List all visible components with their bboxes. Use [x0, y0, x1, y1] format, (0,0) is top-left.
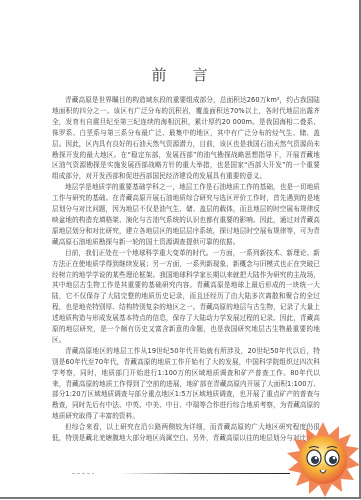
- scan-artifact-dots: [72, 473, 94, 474]
- scan-artifact-line: [120, 473, 290, 474]
- preface-body: 青藏高原是世界瞩目的构造域东段的重要组成部分，总面积达260万km²，约占我国陆…: [52, 95, 320, 444]
- sun-mascot-icon: [283, 420, 361, 500]
- paragraph: 但综合来看，以上研究在沿公路两侧较为详细，而青藏高原的广大地区研究程度仍很低，特…: [52, 422, 320, 444]
- page-title: 前言: [0, 64, 359, 85]
- paragraph: 地层学是地质学的重要基础学科之一，地层工作是石油地质工作的基础，也是一切地质工作…: [52, 182, 320, 247]
- paragraph: 青藏高原是世界瞩目的构造域东段的重要组成部分，总面积达260万km²，约占我国陆…: [52, 95, 320, 182]
- paragraph: 目前，我们正处在一个地球科学重大变革的时代。一方面，一系列新技术、新理论、新方法…: [52, 248, 320, 346]
- paragraph: 青藏高原地区的地层工作从19世纪50年代开始就有所涉及，20世纪50年代以后，特…: [52, 346, 320, 422]
